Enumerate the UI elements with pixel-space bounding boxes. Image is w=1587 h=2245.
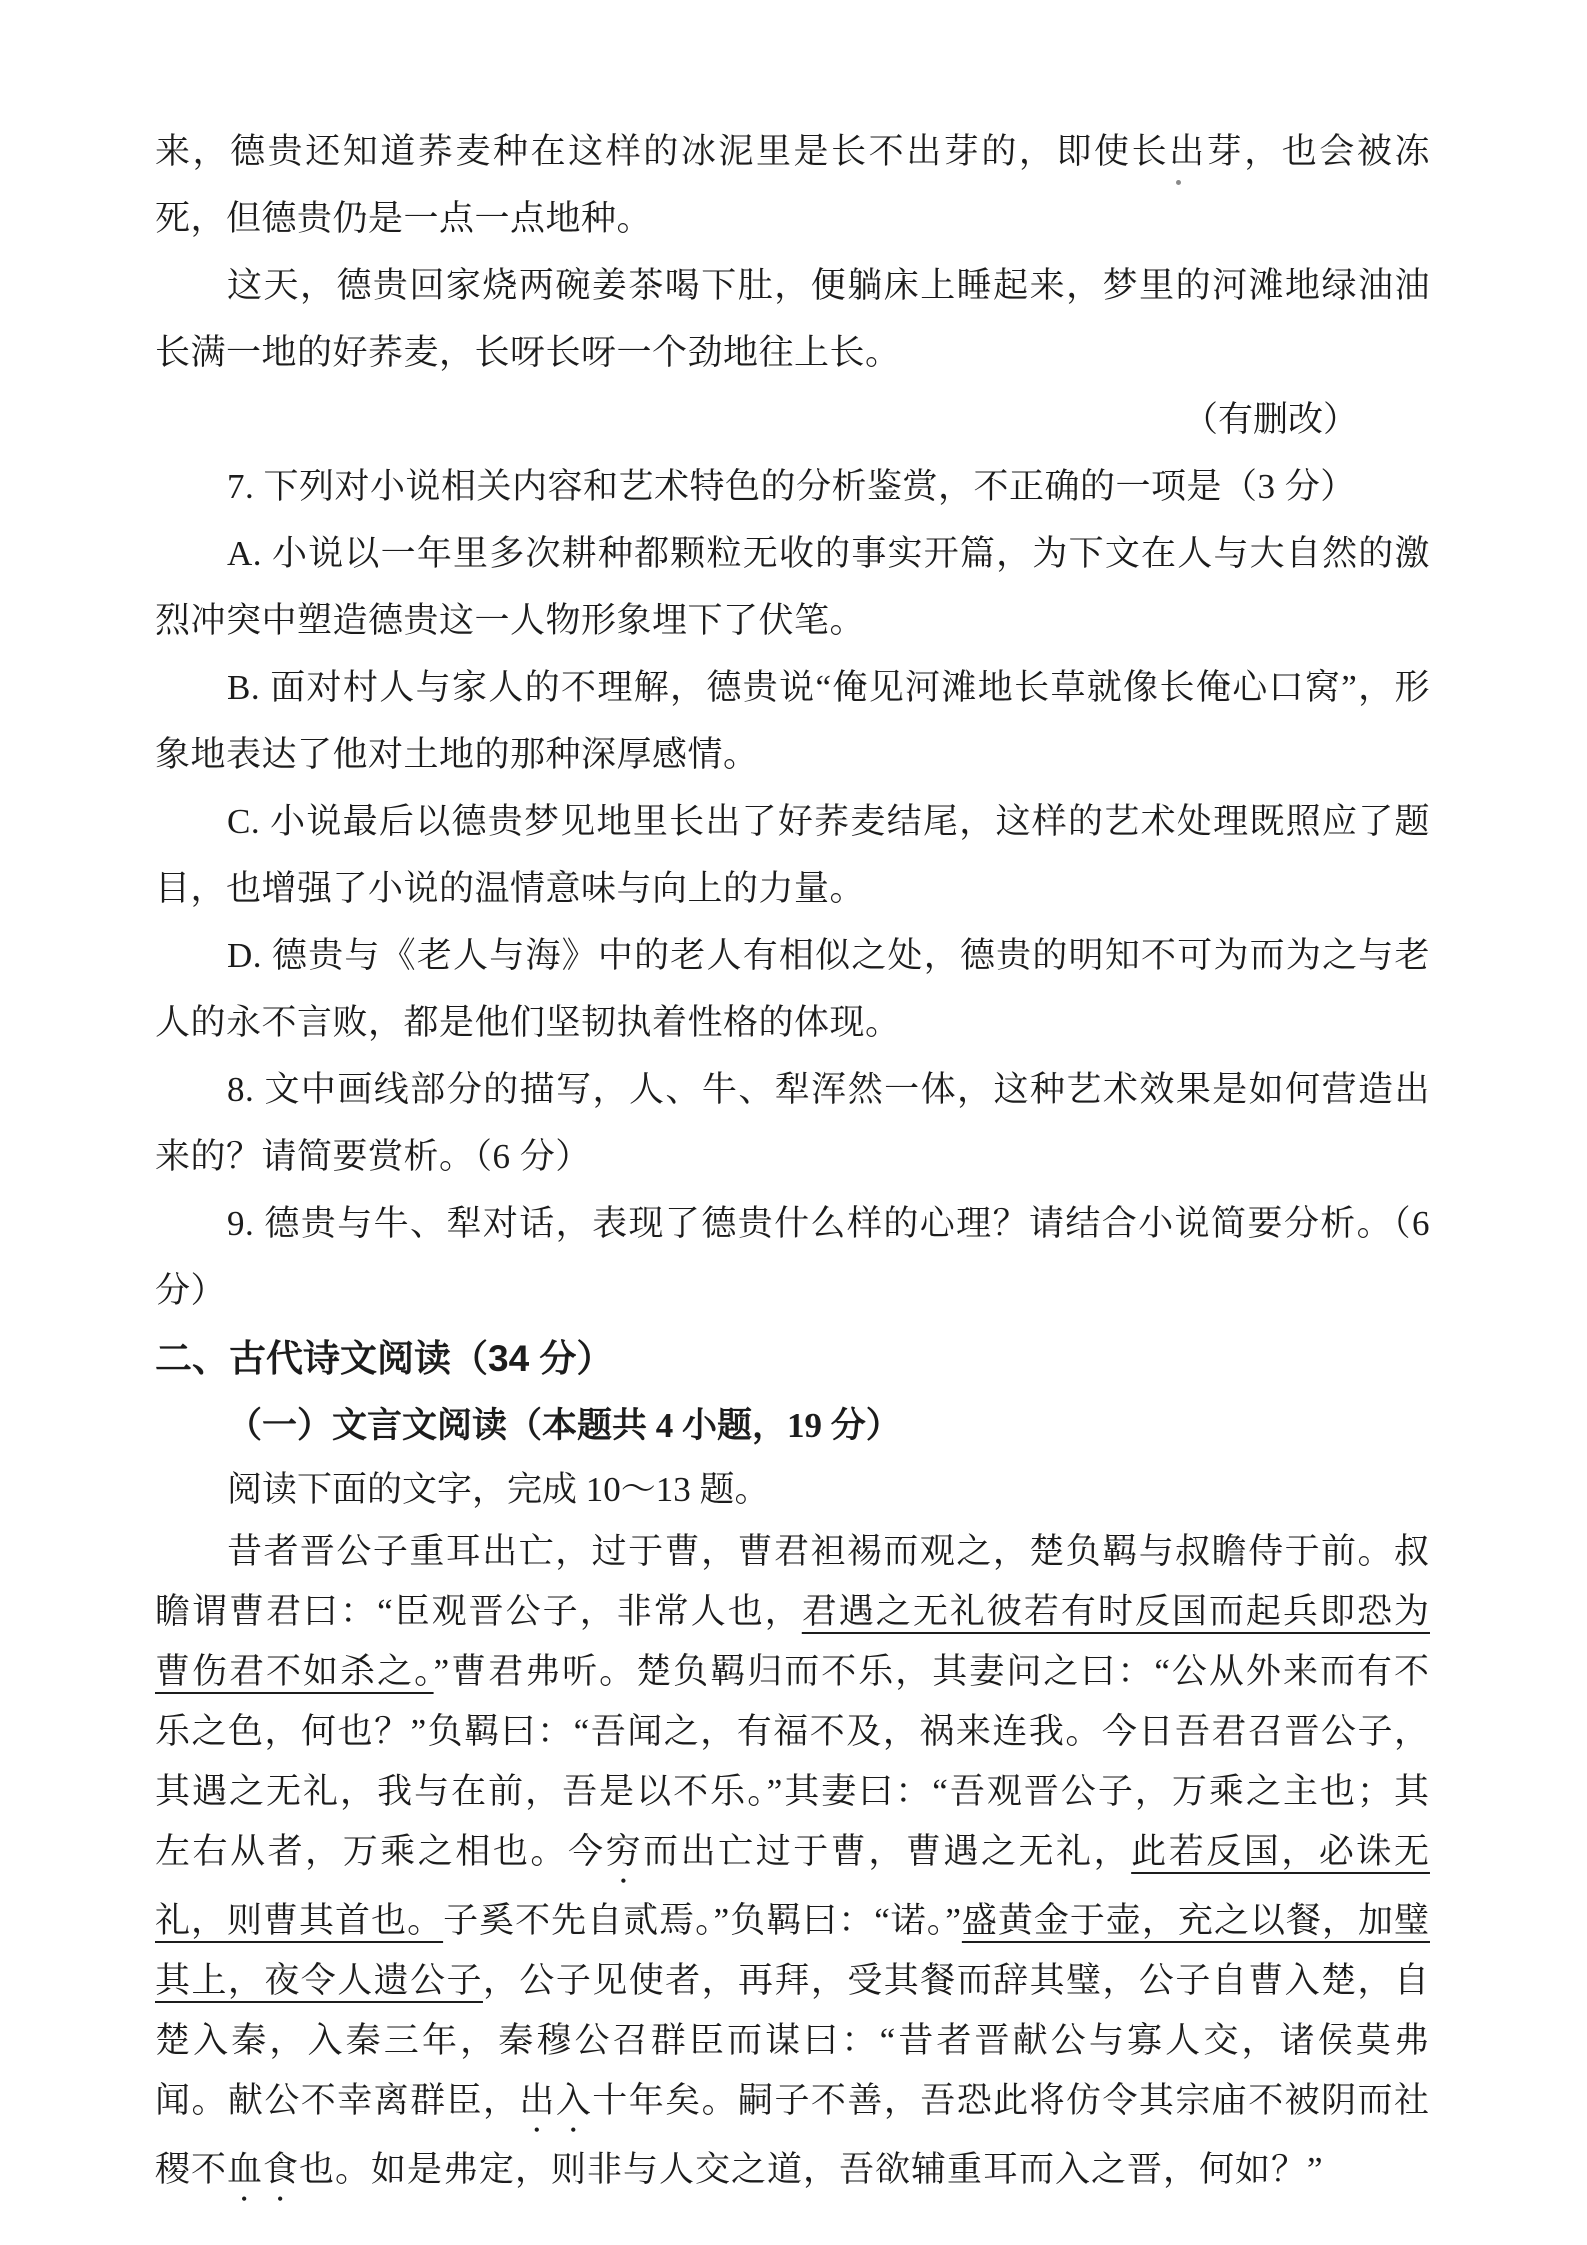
emphasized-word: 血食 [227,2150,299,2189]
classical-passage: 昔者晋公子重耳出亡，过于曹，曹君袒裼而观之，楚负羁与叔瞻侍于前。叔瞻谓曹君曰：“… [155,1522,1430,2209]
question-7-option-c: C. 小说最后以德贵梦见地里长出了好荞麦结尾，这样的艺术处理既照应了题目，也增强… [155,788,1430,922]
question-7-option-b: B. 面对村人与家人的不理解，德贵说“俺见河滩地长草就像长俺心口窝”，形象地表达… [155,654,1430,788]
text-segment: 而出亡过于曹，曹遇之无礼， [643,1832,1131,1871]
text-segment: 子奚不先自贰焉。”负羁曰：“诺。” [443,1901,962,1940]
scan-artifact-dot [1176,180,1181,185]
reading-instruction: 阅读下面的文字，完成 10～13 题。 [155,1458,1430,1522]
emphasized-word: 出入 [519,2081,592,2120]
emphasized-word: 穷 [606,1832,644,1871]
question-9: 9. 德贵与牛、犁对话，表现了德贵什么样的心理？请结合小说简要分析。（6 分） [155,1190,1430,1324]
subsection-1-heading: （一）文言文阅读（本题共 4 小题，19 分） [155,1394,1430,1458]
section-2-heading: 二、古代诗文阅读（34 分） [155,1324,1430,1394]
story-final-paragraph: 这天，德贵回家烧两碗姜茶喝下肚，便躺床上睡起来，梦里的河滩地绿油油长满一地的好荞… [155,252,1430,386]
question-7-stem: 7. 下列对小说相关内容和艺术特色的分析鉴赏，不正确的一项是（3 分） [155,453,1430,520]
text-segment: 也。如是弗定，则非与人交之道，吾欲辅重耳而入之晋，何如？” [299,2150,1324,2189]
question-7-option-a: A. 小说以一年里多次耕种都颗粒无收的事实开篇，为下文在人与大自然的激烈冲突中塑… [155,520,1430,654]
question-7-option-d: D. 德贵与《老人与海》中的老人有相似之处，德贵的明知不可为而为之与老人的永不言… [155,922,1430,1056]
source-edit-note: （有删改） [155,386,1430,453]
story-continuation-paragraph: 来，德贵还知道荞麦种在这样的冰泥里是长不出芽的，即使长出芽，也会被冻死，但德贵仍… [155,118,1430,252]
exam-page: 来，德贵还知道荞麦种在这样的冰泥里是长不出芽的，即使长出芽，也会被冻死，但德贵仍… [0,0,1587,2245]
question-8: 8. 文中画线部分的描写，人、牛、犁浑然一体，这种艺术效果是如何营造出来的？请简… [155,1056,1430,1190]
